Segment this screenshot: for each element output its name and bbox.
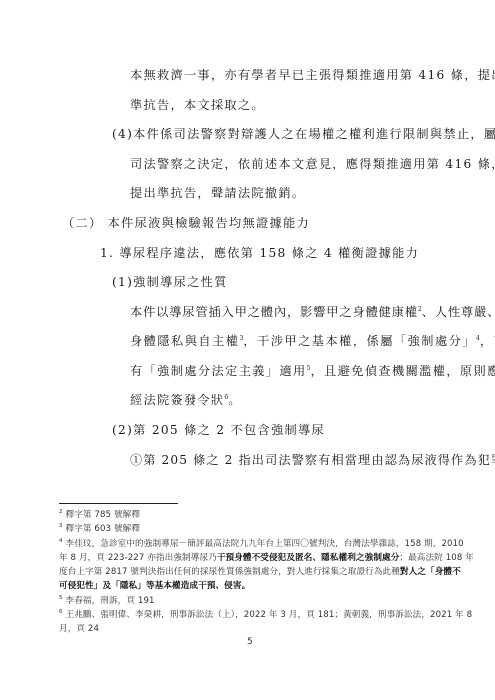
text: 經法院簽發令狀 bbox=[130, 393, 224, 407]
page-number: 5 bbox=[247, 637, 253, 647]
body-line: 經法院簽發令狀6。 bbox=[130, 392, 242, 408]
footnote-bold-text: 干預身體不受侵犯及匿名、隱私權利之強制處分 bbox=[217, 553, 400, 563]
text: 。 bbox=[228, 393, 242, 407]
footnote-text: 王兆鵬、張明偉、李榮耕，刑事訴訟法（上），2022 年 3 月，頁 181；黃朝… bbox=[66, 610, 473, 620]
footnote-text: 釋字第 603 號解釋 bbox=[66, 524, 141, 534]
text: 、人性尊嚴、 bbox=[422, 305, 495, 319]
footnote-number: 3 bbox=[59, 523, 63, 529]
body-line: ①第 205 條之 2 指出司法警察有相當理由認為尿液得作為犯罪 bbox=[130, 452, 495, 468]
body-line: 本無救濟一事，亦有學者早已主張得類推適用第 416 條，提出 bbox=[130, 67, 495, 83]
text: 本件以導尿管插入甲之體內，影響甲之身體健康權 bbox=[130, 305, 418, 319]
footnote-text: 釋字第 785 號解釋 bbox=[66, 510, 141, 520]
footnote-4-line: 度台上字第 2817 號判決指出任何的採尿性質係強制處分，對人進行採集之取證行為… bbox=[59, 566, 461, 578]
footnote-4-line: 可侵犯性」及「隱私」等基本權造成干預、侵害。 bbox=[59, 580, 250, 592]
footnote-text: 年 8 月，頁 223-227 亦指出強制導尿乃 bbox=[59, 553, 217, 563]
footnote-text: 度台上字第 2817 號判決指出任何的採尿性質係強制處分，對人進行採集之取證行為… bbox=[59, 567, 400, 577]
text: ，且避免偵查機關濫權，原則應 bbox=[310, 364, 495, 378]
footnote-number: 4 bbox=[59, 538, 63, 544]
subsection-heading: 1. 導尿程序違法，應依第 158 條之 4 權衡證據能力 bbox=[100, 245, 419, 261]
text: 身體隱私與自主權 bbox=[130, 334, 240, 348]
footnote-number: 6 bbox=[59, 609, 63, 615]
body-line: 本件以導尿管插入甲之體內，影響甲之身體健康權2、人性尊嚴、 bbox=[130, 304, 495, 320]
footnote-5: 5李春福，刑訴，頁 191 bbox=[59, 595, 155, 607]
text: 有「強制處分法定主義」適用 bbox=[130, 364, 307, 378]
body-line: 準抗告，本文採取之。 bbox=[130, 97, 265, 113]
footnote-number: 5 bbox=[59, 595, 63, 601]
body-line: 有「強制處分法定主義」適用5，且避免偵查機關濫權，原則應 bbox=[130, 363, 495, 379]
sub-subsection-heading: (1)強制導尿之性質 bbox=[112, 274, 228, 290]
footnote-text: ；最高法院 108 年 bbox=[399, 553, 474, 563]
text: ，而 bbox=[480, 334, 495, 348]
footnote-text: 李春福，刑訴，頁 191 bbox=[66, 596, 155, 606]
body-line: 身體隱私與自主權3，干涉甲之基本權，係屬「強制處分」4，而 bbox=[130, 333, 495, 349]
body-line: 提出準抗告，聲請法院撤銷。 bbox=[130, 185, 305, 201]
list-item-4: (4)本件係司法警察對辯護人之在場權之權利進行限制與禁止，屬 bbox=[112, 126, 495, 142]
sub-subsection-heading: (2)第 205 條之 2 不包含強制導尿 bbox=[112, 422, 325, 438]
footnote-4-line: 年 8 月，頁 223-227 亦指出強制導尿乃干預身體不受侵犯及匿名、隱私權利… bbox=[59, 552, 474, 564]
footnote-bold-text: 對人之「身體不 bbox=[400, 567, 461, 577]
footnote-separator bbox=[59, 503, 178, 504]
section-heading: （二） 本件尿液與檢驗報告均無證據能力 bbox=[62, 215, 310, 231]
footnote-text: 李佳玟，急診室中的強制導尿－簡評最高法院九九年台上第四〇號判決，台灣法學雜誌，1… bbox=[66, 539, 464, 549]
footnote-number: 2 bbox=[59, 509, 63, 515]
footnote-6-line: 月，頁 24 bbox=[59, 623, 99, 635]
footnote-bold-text: 可侵犯性」及「隱私」等基本權造成干預、侵害。 bbox=[59, 581, 250, 591]
footnote-text: 月，頁 24 bbox=[59, 624, 99, 634]
footnote-6: 6王兆鵬、張明偉、李榮耕，刑事訴訟法（上），2022 年 3 月，頁 181；黃… bbox=[59, 609, 472, 621]
text: ，干涉甲之基本權，係屬「強制處分」 bbox=[243, 334, 476, 348]
footnote-2: 2釋字第 785 號解釋 bbox=[59, 509, 140, 521]
body-line: 司法警察之決定，依前述本文意見，應得類推適用第 416 條， bbox=[130, 156, 495, 172]
footnote-3: 3釋字第 603 號解釋 bbox=[59, 523, 140, 535]
footnote-4: 4李佳玟，急診室中的強制導尿－簡評最高法院九九年台上第四〇號判決，台灣法學雜誌，… bbox=[59, 538, 464, 550]
